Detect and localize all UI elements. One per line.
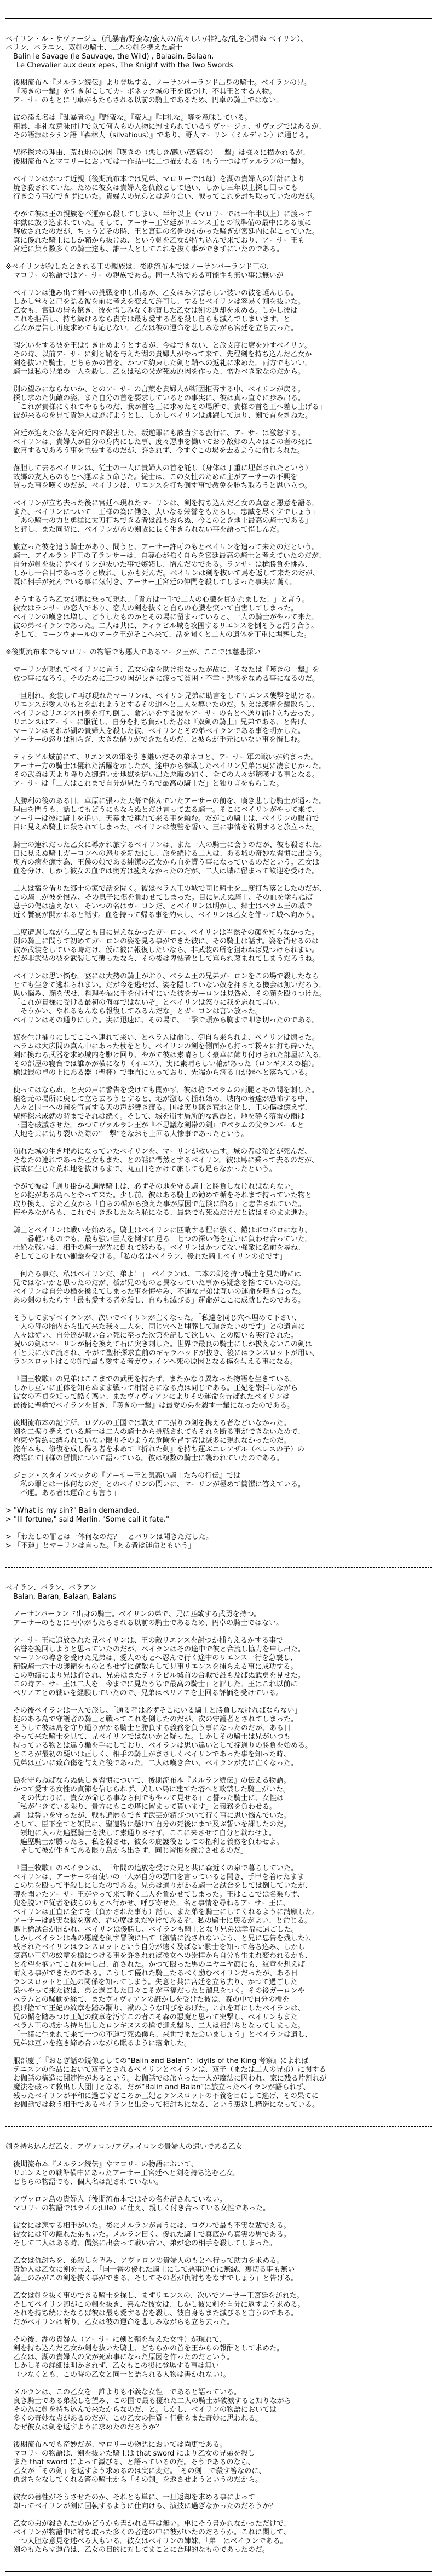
document-content: ベイリン・ル・サヴァージュ（乱暴者/野蛮な/蛮人の/荒々しい/非礼な/礼を心得ぬ… <box>5 35 432 2555</box>
paragraph: 奴を生け捕りにしてここへ連れて来い、とペラムは命じ、御自ら来られよ、ベイリンは煽… <box>5 1034 432 1077</box>
text-line: 騎士は私の兄弟の一人を殺し、乙女は私の父が死ぬ原因を作った、憎むべき敵なのだから… <box>13 368 432 377</box>
text-line: 探し求めた仇敵の姿、また自分の首を要求しているとの事実に、彼は真っ直ぐに歩み出る… <box>13 394 432 403</box>
text-line: 故郷の友人らのもとへ運ぶよう命じた。従士は、この女性のために主がアーサーの不興を <box>13 473 432 482</box>
paragraph: 後期流布本の記す所、ログルの王国では敢えて二振りの剣を携える者などいなかった。剣… <box>5 1419 432 1463</box>
paragraph: その後ベイランは一人で旅し、「通る者は必ずそこにいる騎士と勝負しなければならない… <box>5 1707 432 1768</box>
text-line: 乙女は仇討ちを、弟殺しを望み、アヴァロンの貴婦人のもとへ行って助力を求める。 <box>13 2257 432 2266</box>
text-line: アーサーは「二人はこれまで自分が見たうちで最高の騎士だ」と独り言をもらした。 <box>13 780 432 788</box>
text-line: 乙女の弟が殺されたのかどうかも書かれる事は無い。単にそう書かれなかっただけで、 <box>13 2520 432 2528</box>
text-line: アーサーの怒りは和らぎ、大きな借りができたものだ、と彼らが手元にいない事を惜しむ… <box>13 736 432 745</box>
text-line: 彼の弟ベイランであった。二人は共に、ティラビル城を攻囲するリエンスを倒そうと語り… <box>13 622 432 631</box>
text-line: 馬上槍試合が開かれ、ベイリンは優勝し、ベイランも騎士となり兄弟は幸福に過ごした。 <box>13 1926 432 1934</box>
paragraph: ベイリンは進み出て剣への挑戦を申し出るが、乙女はみすぼらしい装いの彼を軽んじる。… <box>5 289 432 333</box>
section-divider <box>5 1567 432 1568</box>
text-line: 残ったベイリンが平和に過ごすどころか王妃とランスロットの不義を目にして逃げ、その… <box>13 2092 432 2101</box>
text-line: ティラビル城前にて、リエンスの軍を引き継いだその弟ネロと、アーサー軍の戦いが始ま… <box>13 753 432 762</box>
text-line: また that sword によって滅びる、と語っているのだ。そうであるのなら、 <box>13 2458 432 2467</box>
text-line: 人々と国土への罰を宣言する天の声が響き渡る。国は実り無き荒地と化し、王の傷は癒え… <box>13 1104 432 1113</box>
text-line: そして、コーンウォールのマーク王がそこへ来て、話を聞くと二人の遺体を丁重に埋葬し… <box>13 631 432 639</box>
text-line: 使ってはならぬ、と天の声に警告を受けても聞かず、彼は槍でペラムの両腿とその間を刺… <box>13 1086 432 1095</box>
paragraph: 乙女は剣を抜く事のできる騎士を探し、まずリエンスの、次いでアーサー王宮廷を訪れた… <box>5 2292 432 2327</box>
text-line: 耐える事ができたのである。こうして優れた騎士たるべく励むベイリンだったが、ある日 <box>13 1969 432 1978</box>
text-line: この時アーサー王は二人を「今までに見たうちで最高の騎士」と評した。王はこれ以前に <box>13 1680 432 1689</box>
text-line: ベイリンは自分の楯を換えてしまった事を悔やみ、不運な兄弟は互いの運命を嘆き合った… <box>13 1288 432 1296</box>
text-line: 行き会う事ができずにいた。貴婦人の兄弟とは巡り合い、戦ってこれを討ち取っていたの… <box>13 193 432 201</box>
text-line: 兄ではないかと思ったのだが、楯が兄のものと異なっていた事から疑念を捨てていたのだ… <box>13 1279 432 1288</box>
text-line: 「これが貴様にくれてやるものだ、我が首を王に求めたその場所で、貴様の首を王へ差し… <box>13 403 432 412</box>
text-line: 乙女も、宮廷の皆も驚き、彼を惜しみなく称賛した乙女は剣の返却を求める。しかし彼は <box>13 307 432 315</box>
text-line: 魔法を破って救出し大団円となる。だが“Balin and Balan”は旅立った… <box>13 2083 432 2092</box>
text-line: 彼故に生じた荒れ地を抜けるまで、丸五日をかけて旅しても足らなかったという。 <box>13 1165 432 1174</box>
text-line: 奴を生け捕りにしてここへ連れて来い、とペラムは命じ、御自ら来られよ、ベイリンは煽… <box>13 1034 432 1042</box>
text-line: 兄弟は互いを抱き締め合いながら眠るように落命した。 <box>13 2039 432 2048</box>
text-line: ノーサンバーランド出身の騎士。ベイリンの弟で、兄に匹敵する武勇を持つ。 <box>13 1610 432 1619</box>
text-line: 呪いの剣はマーリンが柄を換えて石に突き刺した。世界で最良の騎士にしか扱えないこの… <box>13 1340 432 1349</box>
text-line: 乙女は剣を抜く事のできる騎士を探し、まずリエンスの、次いでアーサー王宮廷を訪れた… <box>13 2292 432 2301</box>
text-line: ※後期流布本でもマロリーの物語でも悪人であるマーク王が、ここでは慈悲深い <box>5 648 432 657</box>
text-line: 後期流布本の記す所、ログルの王国では敢えて二振りの剣を携える者などいなかった。 <box>13 1419 432 1428</box>
heading-name-line: ベイラン、バラン、バラアン <box>5 1584 432 1593</box>
text-line: その時、以前アーサーに剣と鞘を与えた湖の貴婦人がやって来て、先程剣を持ち込んだ乙… <box>13 350 432 359</box>
entry-section: ベイリン・ル・サヴァージュ（乱暴者/野蛮な/蛮人の/荒々しい/非礼な/礼を心得ぬ… <box>5 35 432 1551</box>
text-line: ベイリンはその通りにした。実に迅速に、その場で、一撃で頭から胸まで叩き切ったので… <box>13 1016 432 1025</box>
text-line: 乙女は、湖の貴婦人の父が死ぬ事になった原因を作ったのだという。 <box>13 2353 432 2362</box>
text-line: 息子の傷は癒えない。そいつの名はガーロンだ、とベイリンは明かし、郷士はペラム王の… <box>13 902 432 911</box>
text-line: 却ってベイリンが剣に固執するように仕向ける、演技に過ぎなかったのだろうか？ <box>13 2502 432 2511</box>
text-line: > "What is my sin?" Balin demanded. <box>5 1507 432 1515</box>
text-line: マーリンの導きを受けた兄弟は、愛人のもとへ忍んで行く途中のリエンス一行を急襲し、 <box>13 1654 432 1663</box>
text-line: 人々は従い、自分達が戦い合い死に至った次第を記して欲しい、との願いも実行された。 <box>13 1332 432 1340</box>
text-line: アーサーは誠実な彼を褒め、君の席はまだ空けてあるぞ、私の騎士に戻るがよい、と命じ… <box>13 1917 432 1926</box>
text-line: ペラムは大広間の真ん中にあった杖をとり、ベイリンの剣を側面から打って粉々に打ち砕… <box>13 1042 432 1051</box>
text-line: メルランは、この乙女を「誰よりも不義な女性」であると語っている。 <box>13 2388 432 2397</box>
text-line: 剣に換わる武器を求め城内を駆け回り、やがて彼は素晴らしく豪華に飾り付けられた部屋… <box>13 1051 432 1060</box>
text-line: 剣を抜いた騎士、どちらかの首を、かつて約束した剣と鞘への返礼に求めた。両方でもい… <box>13 359 432 368</box>
paragraph: マーリンが現れてベイリンに言う、乙女の命を助け損なったが故に、そなたは『嘆きの一… <box>5 666 432 683</box>
text-line: 遍歴騎士が勝ったら、私を殺させ、彼女の庇護役としての権利と義務を負わせよ。 <box>13 1838 432 1847</box>
paragraph: 騎士の連れだった乙女に導かれ旅するベイリンは、また一人の騎士に会うのだが、彼も殺… <box>5 841 432 876</box>
paragraph: 後期流布本『メルラン続伝』やマロリーの物語において、リエンスとの戦準備中にあった… <box>5 2160 432 2187</box>
text-line: 三国を破滅させた。かつてヴァルラン王が『不思議な剣帯の剣』でペラムの父ランバール… <box>13 1121 432 1130</box>
text-line: その部屋の寝台では誰かが横になり（イエス）、実に素晴らしい槍があった（ロンギヌス… <box>13 1060 432 1069</box>
text-line: あの剣のもたらす「最も愛する者を殺し、自らも滅びる」運命がここに成就したのである… <box>13 1296 432 1305</box>
text-line: そうしてまずベイランが、次いでベイリンが亡くなった。「私達を同じ穴へ埋めて下さい… <box>13 1314 432 1323</box>
text-line: 残されたベイリンはランスロットという自分が遠く及ばない騎士を知って落ち込み、しか… <box>13 1943 432 1952</box>
text-line: 宮廷に集う数多くの騎士達も、誰一人としてこれを抜く事ができずにいたのである。 <box>13 245 432 254</box>
text-line: 悔やみながらも、これで引き返したなら恥になる、最悪でも死ぬだけだと彼はそのまま進… <box>13 1209 432 1218</box>
text-line: 乙女が忠告し再度求めても応じない。乙女は彼の運命を悲しみながら宮廷を立ち去った。 <box>13 324 432 333</box>
text-line: 崩れた城の生き埋めになっていたベイリンを、マーリンが救い出す。城の者は殆どが死ん… <box>13 1148 432 1156</box>
text-line: ※ベイリンが殺したとされる王の親族は、後期流布本ではノーサンバーランド王の、 <box>5 263 432 272</box>
text-line: 島を守らねばならぬ悪しき習慣について、後期流布本『メルラン続伝』の伝える物語。 <box>13 1777 432 1785</box>
text-line: 彼女には恋する相手がいた。後にメルランが言うには、ログルで最も不実な輩である。 <box>13 2222 432 2231</box>
paragraph: そうするうち乙女が馬に乗って現れ、「貴方は一手で二人の心臓を貫かれました！」と言… <box>5 596 432 639</box>
text-line: アーサー王に追放された兄ベイリンは、王の敵リエンスを討つか捕らえるかする事で <box>13 1636 432 1645</box>
text-line: 名誉を挽回しようと思っていたのだが、ベイランはその途中で彼と合流し協力を申し出た… <box>13 1645 432 1654</box>
text-line: だがベイリンは断り、乙女は彼の運命を悲しみながらも立ち去った。 <box>13 2318 432 2327</box>
paragraph: 宮廷が迎えた客人を宮廷内で殺害した、叛逆罪にも該当する蛮行に、アーサーは激怒する… <box>5 429 432 456</box>
text-line: 「そうかい、やれるもんなら報復してみるんだな」とガーロンは言い放った。 <box>13 1007 432 1016</box>
text-line: 彼女はランサーの恋人であり、恋人の剣を抜くと自らの心臓を突いて自害してしまった。 <box>13 604 432 613</box>
text-line: 別の騎士に問うて初めてガーロンの姿を見る事ができた彼に、その騎士は話す。姿を消せ… <box>13 937 432 946</box>
text-line: 真に優れた騎士にしか鞘から抜けぬ、という剣を乙女が持ち込んで来ており、アーサー王… <box>13 237 432 245</box>
text-line: ベイリンは、貴婦人が自分の身内にした事、度々悪事を働いており故郷の人々はこの者の… <box>13 438 432 447</box>
text-line: 兜を脱いで従者を彼らのもとへ行かせ、呼び寄せた。名と事情を尋ねるアーサー王に、 <box>13 1899 432 1908</box>
text-line: その後、湖の貴婦人（アーサーに剣と鞘を与えた女性）が現れて、 <box>13 2336 432 2344</box>
text-line: 剣を二振り携えている騎士は二人の騎士から挑戦されてもそれを断る事ができないためで… <box>13 1428 432 1437</box>
text-line: マロリーの物語ではアーサーの親族である。同一人物である可能性も無い事は無いが <box>5 272 432 280</box>
text-line: 後期流布本とマロリーにおいては一作品中に二つ描かれる（もう一つはヴァルランの一撃… <box>13 158 432 166</box>
text-line: ベイリンはかつて近親（後期流布本では兄弟、マロリーでは母）を湖の貴婦人の奸計によ… <box>13 175 432 184</box>
text-line: 既に相手が死んでいる事に気付き、アーサー王宮廷の仲間を殺してしまった事実に嘆く。 <box>13 578 432 587</box>
entry-heading: 剣を持ち込んだ乙女、アヴァロン/アヴェイロンの貴婦人の遣いである乙女 <box>5 2143 432 2152</box>
text-line: 大地を共に切り裂いた際の“一撃”をなおも上回る大惨事であったという。 <box>13 1130 432 1139</box>
text-line: 一つ大胆な意見を述べる人もいる。彼女はベイリンの姉妹、「弟」はベイランである。 <box>13 2537 432 2546</box>
paragraph: 島を守らねばならぬ悪しき習慣について、後期流布本『メルラン続伝』の伝える物語。か… <box>5 1777 432 1855</box>
paragraph: やがて彼は「通り掛かる遍歴騎士は、必ずその地を守る騎士と勝負しなければならない」… <box>5 1183 432 1218</box>
entry-section: 剣を持ち込んだ乙女、アヴァロン/アヴェイロンの貴婦人の遣いである乙女後期流布本『… <box>5 2143 432 2555</box>
text-line: 彼が武装をしている時だけ、仮に彼に報復したいなら、非武装の所を狙わねば見つけられ… <box>13 946 432 955</box>
paragraph: 後期流布本でも奇妙だが、マロリーの物語においては尚更である。マロリーの物語は、剣… <box>5 2441 432 2485</box>
text-line: この功績により兄は許され、兄弟はまたティラビル城前の合戦で誰も及ばぬ武勇を見せた… <box>13 1672 432 1680</box>
text-line: そうするうち乙女が馬に乗って現れ、「貴方は一手で二人の心臓を貫かれました！」と言… <box>13 596 432 604</box>
text-line: 『国王牧歌』の兄弟はここまでの武勇を持たず、またかなり異なった物語を生きている。 <box>13 1375 432 1384</box>
text-line: マーリンはそれが湖の貴婦人を殺した彼、ベイリンとその弟ベイランである事を明かした… <box>13 727 432 736</box>
text-line: ペリノアとの戦いを経験していたので、兄弟はペリノアを上回る評価を受けている。 <box>13 1689 432 1698</box>
text-line: お伽話では救う相手であるベイランと出会って相討ちになる、という裏返し構造になって… <box>13 2101 432 2110</box>
text-line: 壮絶な戦いは、相手の騎士が先に倒れて終わる。ベイリンはかつてない強敵に名前を尋ね… <box>13 1244 432 1253</box>
paragraph: 旅立った彼を追う騎士があり、問うと、アーサー許可のもとベイリンを追って来たのだと… <box>5 543 432 587</box>
text-line: ベイリンはリエンス自身を打ち倒し、命乞いをする彼をアーサーのもとへ送り届け立ち去… <box>13 710 432 718</box>
section-divider <box>5 2126 432 2127</box>
text-line: 彼女の善性がそうさせたのか、それとも単に、一旦返却を求める事によって <box>13 2493 432 2502</box>
text-line: マーリンが現れてベイリンに言う、乙女の命を助け損なったが故に、そなたは『嘆きの一… <box>13 666 432 675</box>
text-line: 良き騎士である弟殺しを望み、この国で最も優れた二人の騎士が破滅すると知りながら <box>13 2397 432 2406</box>
text-line: > 「不運」とマーリンは言った。「ある者は運命ともいう」 <box>5 1542 432 1551</box>
text-line: 聖杯探求の理由、荒れ地の原因『嘆きの（悪しき/醜い/苦痛の）一撃』は様々に描かれ… <box>13 149 432 158</box>
heading-name-line: ベイリン・ル・サヴァージュ（乱暴者/野蛮な/蛮人の/荒々しい/非礼な/礼を心得ぬ… <box>5 35 432 44</box>
paragraph: 彼女には恋する相手がいた。後にメルランが言うには、ログルで最も不実な輩である。彼… <box>5 2222 432 2248</box>
text-line: そしてベイリン卿がこの剣を抜き、喜んだ彼女は、しかし彼に剣を自分に返すよう求める… <box>13 2301 432 2309</box>
text-line: 解放されたのだが、ちょうどその時、王と宮廷の名誉のかかった騒ぎが宮廷内に起こって… <box>13 228 432 237</box>
text-line: 彼女には年の離れた弟もいた。メルラン曰く、優れた騎士で真底から真実の男である。 <box>13 2231 432 2239</box>
text-line: 「一緒に生まれて来て一つの不運で死ぬ僕ら、来世でまた会いましょう」とベイランは遺… <box>13 2031 432 2039</box>
text-line: 槍を元の場所に戻して立ち去ろうとすると、地が激しく揺れ始め、城内の者達が恐怖する… <box>13 1095 432 1104</box>
paragraph: 二度遭遇しながら二度とも目に見えなかったガーロン、ベイリンは当然その顔を知らなか… <box>5 929 432 964</box>
paragraph: 二人は宿を借りた郷士の家で話を聞く。彼はペラム王の城で同じ騎士を二度打ち落とした… <box>5 885 432 920</box>
text-line: 槍は銀の卓の上にある器（聖杯）で垂直に立っており、先端から滴る血が器へと落ちてい… <box>13 1069 432 1077</box>
text-line: 奥方の病を癒す為、王侯の娘である純潔の乙女から血を貰う事になっているのだという。… <box>13 858 432 867</box>
text-line: 剣を持ち込んだ乙女か剣を抜いた騎士、どちらかの首を王からの報酬として求めた。 <box>13 2344 432 2353</box>
paragraph: やがて彼は王の親族を不運から殺してしまい、半年以上（マロリーでは一年半以上）に渡… <box>5 210 432 254</box>
text-line: 騎士とベイリンは戦いを始める。騎士はベイリンに匹敵する程に強く、鎧はボロボロにな… <box>13 1226 432 1235</box>
paragraph: 乙女は仇討ちを、弟殺しを望み、アヴァロンの貴婦人のもとへ行って助力を求める。貴婦… <box>5 2257 432 2283</box>
entry-section: ベイラン、バラン、バラアンBalan, Baran, Balaan, Balan… <box>5 1584 432 2110</box>
text-line: 自分が剣を抜けずベイリンが抜いた事で嫉妬し、憎んだのである。ランサーは槍勝負を挑… <box>13 561 432 569</box>
heading-english-line: Balin le Savage (le Sauvage, the Wild) ,… <box>5 53 432 61</box>
paragraph: 使ってはならぬ、と天の声に警告を受けても聞かず、彼は槍でペラムの両腿とその間を刺… <box>5 1086 432 1139</box>
text-line: ベイリンは進み出て剣への挑戦を申し出るが、乙女はみすぼらしい装いの彼を軽んじる。 <box>13 289 432 298</box>
text-line: 「私の罪とは一体何なのだ」とのベイリンの問いに、マーリンが極めて簡潔に答えている… <box>13 1480 432 1489</box>
text-line: > 「わたしの罪とは一体何なのだ？」とバリンは聞きただした。 <box>5 1533 432 1542</box>
text-line: 「その代わりに、貴女が命じる事なら何でもやって見せる」と誓った騎士に、女性は <box>13 1794 432 1803</box>
text-line: > "Ill fortune," said Merlin. "Some call… <box>5 1515 432 1524</box>
text-line: と評し、また同時に、ベイリンがあの剣故に長く生きられない事を語って惜しんだ。 <box>13 526 432 534</box>
text-line: アヴァロン島の貴婦人（後期流布本ではその名を記されていない。 <box>13 2195 432 2204</box>
text-line: 物語にて同様の習慣について語っている。彼は複数の騎士に襲われていたのである。 <box>13 1454 432 1463</box>
text-line: 精鋭騎士六十の護衛をものともせずに蹴散らして見事リエンスを捕らえる事に成功する。 <box>13 1663 432 1672</box>
paragraph: ベイリンはかつて近親（後期流布本では兄弟、マロリーでは母）を湖の貴婦人の奸計によ… <box>5 175 432 201</box>
text-line: 乙女が「その剣」を返すよう求めるのは実に変だ。「その剣」で殺す筈なのに、 <box>13 2467 432 2476</box>
text-line: 別の望みにならないか、とのアーサーの言葉を貴婦人が断固拒否する中、ベイリンが戻る… <box>13 385 432 394</box>
text-line: 彼女の不貞を知って酷く惑い、またヴィヴィアンによりその運命を弄ばれたベイリンは <box>13 1393 432 1402</box>
text-line: 剣のもたらす運命は、乙女の目的に対してまことに合理的なものであったのだ。 <box>13 2546 432 2555</box>
text-line: 騎士のみがこの剣を抜く事ができる、そしてその者が仇討ちをなすでしょう」と告げる。 <box>13 2274 432 2283</box>
text-line: 約束や誓約に縛られていない限りそのような危険を冒す者は滅多に現れなかったのだ。 <box>13 1437 432 1445</box>
heading-english-line: Le Chevalier aux deux epes, The Knight w… <box>5 61 432 70</box>
text-line: 歓喜するであろう事を主張するのだが、許されず、今すぐこの場を去るように命じられた… <box>13 447 432 456</box>
text-line: マロリーの物語ではライル;Lile）に仕え、親しく付き合っている女性であった。 <box>13 2204 432 2213</box>
text-line: 「一番軽いものでも、最も強い巨人を倒すに足る」七つの深い傷を互いに負わせ合ってい… <box>13 1235 432 1244</box>
text-line: しかしベイランは森の悪魔を倒す冒険に出て（激情に流されないよう、と兄に忠告を残し… <box>13 1934 432 1943</box>
text-line: 二人は宿を借りた郷士の家で話を聞く。彼はペラム王の城で同じ騎士を二度打ち落とした… <box>13 885 432 894</box>
text-line: 理由を問うも、話してもどうにもならぬとだけ言って去る騎士。そこにベイリンがやって… <box>13 806 432 815</box>
text-line: 買った事を嘆くのだが、ベイリンは、リエンスを打ち倒す事で赦免を勝ち取ろうと思い立… <box>13 482 432 491</box>
paragraph: 彼の添え名は『乱暴者の』『野蛮な』『蛮人』『非礼な』等を意味している。粗暴、非礼… <box>5 114 432 140</box>
text-line: そして、臣下全てと領民に、聖遺物に懸けて自分の死後にまで及ぶ誓いを課したのだ。 <box>13 1820 432 1829</box>
text-line: だが非武装の彼を武装して襲ったなら、その後は卑怯者として罵られ蔑まれてしまうだろ… <box>13 955 432 964</box>
entry-heading: ベイラン、バラン、バラアンBalan, Baran, Balaan, Balan… <box>5 1584 432 1601</box>
document-page: ベイリン・ル・サヴァージュ（乱暴者/野蛮な/蛮人の/荒々しい/非礼な/礼を心得ぬ… <box>0 18 432 2572</box>
text-line: 仇討ちをなしてくれる筈の騎士から「その剣」を返させようというのだから。 <box>13 2476 432 2485</box>
text-line: 目に見えぬ騎士に殺されてしまった。ベイリンは復讐を誓い、王に事情を説明すると旅立… <box>13 823 432 832</box>
heading-name-line: バリン、バラエン、双剣の騎士、二本の剣を携えた騎士 <box>5 44 432 53</box>
text-line: かつて愛する女性の貞節を信じられず、美しい島に建てた塔へと軟禁した騎士がいた。 <box>13 1785 432 1794</box>
text-line: 放つ事になろう。そのために三つの国が長きに渡って貧困・不幸・悲惨をなめる事になる… <box>13 675 432 683</box>
text-line: 噂を聞いたアーサー王がやって来て軽く二人を負かせてしまった。王はここでは名乗らず… <box>13 1891 432 1899</box>
text-line: 一人の母の胎内から出て来た我々二人を、同じ穴へと埋葬して頂きたいのです」との遺言… <box>13 1323 432 1332</box>
paragraph: 乙女の弟が殺されたのかどうかも書かれる事は無い。単にそう書かれなかっただけで、ベ… <box>5 2520 432 2555</box>
text-line: 石と共に水で流され、やがて聖杯探求直前のギャラハッドが抜き、後にはランスロットが… <box>13 1349 432 1358</box>
text-line: 一旦別れ、変装して再び現れたマーリンは、ベイリン兄弟に助言をしてリエンス襲撃を助… <box>13 692 432 701</box>
quote-block: > 「わたしの罪とは一体何なのだ？」とバリンは聞きただした。> 「不運」とマーリ… <box>5 1533 432 1551</box>
text-line: 騎士の連れだった乙女に導かれ旅するベイリンは、また一人の騎士に会うのだが、彼も殺… <box>13 841 432 850</box>
text-line: 「何たる事だ、私はベイリンだ、弟よ！」 ベイランは、二本の剣を持つ騎士を見た時に… <box>13 1270 432 1279</box>
paragraph: その後、湖の貴婦人（アーサーに剣と鞘を与えた女性）が現れて、剣を持ち込んだ乙女か… <box>5 2336 432 2379</box>
paragraph: 大勝利の後のある日。草原に張った天幕で休んでいたアーサーの前を、嘆き悲しむ騎士が… <box>5 797 432 832</box>
text-line: しかし堂々と己を語る彼を前に考えを変えて許可し、するとベイリンは容易く剣を抜いた… <box>13 298 432 307</box>
text-line: ところが最初の疑いは正しく、相手の騎士がまさしくベイリンであった事を知った時、 <box>13 1750 432 1759</box>
paragraph: 後期流布本『メルラン続伝』より登場する、ノーサンバーランド出身の騎士。ベイランの… <box>5 79 432 105</box>
text-line: マロリーの物語は、剣を抜いた騎士は that sword により乙女の兄弟を殺し <box>13 2450 432 2458</box>
text-line: 投げ捨てて王妃の紋章を踏み躙り、獣のような叫びをあげた。これを耳にしたベイランは… <box>13 2004 432 2013</box>
paragraph: 『国王牧歌』の兄弟はここまでの武勇を持たず、またかなり異なった物語を生きている。… <box>5 1375 432 1410</box>
paragraph: アーサー王に追放された兄ベイリンは、王の敵リエンスを討つか捕らえるかする事で名誉… <box>5 1636 432 1698</box>
top-divider <box>5 18 432 19</box>
paragraph: 落胆して去るベイリンは、従士の一人に貴婦人の首を託し（身体は丁重に埋葬されたとい… <box>5 464 432 491</box>
text-line: 『国王牧歌』のベイランは、三年間の追放を受けた兄と共に森近くの泉で暮らしていた。 <box>13 1864 432 1873</box>
paragraph: 彼女の善性がそうさせたのか、それとも単に、一旦返却を求める事によって却ってベイリ… <box>5 2493 432 2511</box>
text-line: 泉へやって来た彼は、弟と過ごした日々こそが幸福だったと溜息をつく。その後ガーロン… <box>13 1987 432 1996</box>
text-line: ランスロットはこの剣で最も愛する者ガウェインへ死の原因となる傷を与える事になる。 <box>13 1358 432 1367</box>
text-line: 「これが貴様に受ける最初の侮辱ではないぞ」とベイリンは怒りに我を忘れて言い、 <box>13 999 432 1007</box>
paragraph: ノーサンバーランド出身の騎士。ベイリンの弟で、兄に匹敵する武勇を持つ。アーサーの… <box>5 1610 432 1628</box>
text-line: これを拒否し、持ち続けるなら貴方は最も愛する者を殺し自らも滅んでしまいます、と <box>13 315 432 324</box>
text-line: 騎士は誓いを守ったが、戦も遍歴もできず武芸が錆びついて行く事に思い悩んでいた。 <box>13 1812 432 1820</box>
text-line: 後期流布本『メルラン続伝』やマロリーの物語において、 <box>13 2160 432 2169</box>
text-line: 後期流布本『メルラン続伝』より登場する、ノーサンバーランド出身の騎士。ベイランの… <box>13 79 432 88</box>
footnote: ※後期流布本でもマロリーの物語でも悪人であるマーク王が、ここでは慈悲深い <box>5 648 432 657</box>
text-line: ペラム王の城から持ち出したロンギヌスの槍で迎え撃ち、二人は相討ちとなってしまった… <box>13 2022 432 2031</box>
text-line: 聖杯探求成就の時までそれは続く。そして、城を崩す局所的な激震と、地を砕く落雷の雨… <box>13 1113 432 1121</box>
paragraph: ジョン・スタインベックの『アーサー王と気高い騎士たちの行伝』では「私の罪とは一体… <box>5 1472 432 1498</box>
paragraph: そうしてまずベイランが、次いでベイリンが亡くなった。「私達を同じ穴へ埋めて下さい… <box>5 1314 432 1367</box>
text-line: 思い悩み、顔を伏せ、料理や酒に手を付けずにいた彼をガーロンは見咎め、その顔を殴り… <box>13 990 432 999</box>
text-line: 「不運。ある者は運命とも言う」 <box>13 1489 432 1498</box>
text-line: そしてこの上ない衝撃を受ける。「私の名はベイラン、優れた騎士ベイリンの弟です」 <box>13 1253 432 1261</box>
paragraph: 『国王牧歌』のベイランは、三年間の追放を受けた兄と共に森近くの泉で暮らしていた。… <box>5 1864 432 2048</box>
text-line: 多くの奇妙な点があるのだが、この乙女の性質・行動もまた奇妙に思われる。 <box>13 2414 432 2423</box>
text-line: 血を分け、しかし彼女の血では奥方は癒えなかったのだが、二人は城に留まって歓迎を受… <box>13 867 432 876</box>
text-line: その後ベイランは一人で旅し、「通る者は必ずそこにいる騎士と勝負しなければならない… <box>13 1707 432 1715</box>
text-line: 後期流布本でも奇妙だが、マロリーの物語においては尚更である。 <box>13 2441 432 2450</box>
text-line: しかしその詳細は明かされず、乙女もこの後に登場する事は無い <box>13 2362 432 2371</box>
text-line: 最後に聖槍でベイランを貫き、『嘆きの一撃』は最愛の弟を殺す一撃になったのである。 <box>13 1402 432 1410</box>
text-line: 大勝利の後のある日。草原に張った天幕で休んでいたアーサーの前を、嘆き悲しむ騎士が… <box>13 797 432 806</box>
heading-name-line: 剣を持ち込んだ乙女、アヴァロン/アヴェイロンの貴婦人の遣いである乙女 <box>5 2143 432 2152</box>
text-line: 気高い王妃の紋章を楯につける事を許されれば彼女への崇拝から自分も生まれ変われるか… <box>13 1952 432 1961</box>
quote-block: > "What is my sin?" Balin demanded.> "Il… <box>5 1507 432 1524</box>
paragraph: 崩れた城の生き埋めになっていたベイリンを、マーリンが救い出す。城の者は殆どが死ん… <box>5 1148 432 1174</box>
text-line: 落胆して去るベイリンは、従士の一人に貴婦人の首を託し（身体は丁重に埋葬されたとい… <box>13 464 432 473</box>
entry-heading: ベイリン・ル・サヴァージュ（乱暴者/野蛮な/蛮人の/荒々しい/非礼な/礼を心得ぬ… <box>5 35 432 70</box>
paragraph: ベイリンが立ち去った後に宮廷へ現れたマーリンは、剣を持ち込んだ乙女の真意と悪意を… <box>5 499 432 534</box>
text-line: ベイリンの嘆きは増し、どうしたものかとその場に留まっていると、一人の騎士がやって… <box>13 613 432 622</box>
text-line: （少なくとも、この時の乙女と同一と語られる人物は書かれない）。 <box>13 2371 432 2379</box>
text-line: 掟のある島で守護者の騎士と戦ってこれを倒したのだが、次の守護者とされてしまった。 <box>13 1715 432 1724</box>
paragraph: 服部慶子『おとぎ話の鏡像としての“Balin and Balan”：Idylls… <box>5 2057 432 2110</box>
paragraph: アヴァロン島の貴婦人（後期流布本ではその名を記されていない。マロリーの物語ではラ… <box>5 2195 432 2213</box>
footnote: ※ベイリンが殺したとされる王の親族は、後期流布本ではノーサンバーランド王の、マロ… <box>5 263 432 280</box>
text-line: 取り換え、また乙女から「自らの楯から換えた事が原因で危険に陥る」と忠告されていた… <box>13 1200 432 1209</box>
text-line: その為に剣を持ち込んで来たからなのだ、と。しかし、ベイリンの物語においては <box>13 2406 432 2414</box>
text-line: 焼き殺されていた。ために彼女は貴婦人を仇敵として追い、しかし三年以上探し回っても <box>13 184 432 193</box>
text-line: 牢獄に放り込まれていた。そして、アーサー王宮廷がリエンス王との戦準備の最中にある… <box>13 219 432 228</box>
paragraph: ベイリンは思い悩む。宴には大勢の騎士がおり、ペラム王の兄弟ガーロンをこの場で殺し… <box>5 972 432 1025</box>
text-line: お伽話の構造に関連性があるという。お伽話では旅立った一人が魔法に囚われ、家に残る… <box>13 2074 432 2083</box>
text-line: 宮廷が迎えた客人を宮廷内で殺害した、叛逆罪にも該当する蛮行に、アーサーは激怒する… <box>13 429 432 438</box>
text-line: その語源はラテン語『森林人（silvatious）』であり、野人マーリン（ミルデ… <box>13 131 432 140</box>
text-line: やがて彼は王の親族を不運から殺してしまい、半年以上（マロリーでは一年半以上）に渡… <box>13 210 432 219</box>
text-line: と希望を抱いてこれを申し出、許された。かつて殴った男のニヤニヤ顔にも、紋章を想え… <box>13 1961 432 1969</box>
text-line: しかし互いに正体を知らぬまま戦って相討ちになる点は同じである。王妃を崇拝しながら <box>13 1384 432 1393</box>
text-line: リエンスはアーサーに服従し、自分を打ち負かした者は『双剣の騎士』兄弟である、と告… <box>13 718 432 727</box>
paragraph: メルランは、この乙女を「誰よりも不義な女性」であると語っている。良き騎士である弟… <box>5 2388 432 2432</box>
text-line: 彼の添え名は『乱暴者の』『野蛮な』『蛮人』『非礼な』等を意味している。 <box>13 114 432 123</box>
text-line: そなたの連れであった乙女もまた、との話に愕然とするベイリン。彼は馬に乗って去るの… <box>13 1156 432 1165</box>
text-line: 旅立った彼を追う騎士があり、問うと、アーサー許可のもとベイリンを追って来たのだと… <box>13 543 432 552</box>
text-line: 彼が来るのを見て貴婦人は逃げようとし、しかしベイリンは跳躍して迫り、剣で首を刎ね… <box>13 412 432 420</box>
text-line: ベイリンは正直に全てを（負かされた事も）話し、また弟を騎士にしてくれるように請願… <box>13 1908 432 1917</box>
paragraph: 騎士とベイリンは戦いを始める。騎士はベイリンに匹敵する程に強く、鎧はボロボロにな… <box>5 1226 432 1261</box>
text-line: この男を殴って半殺しにしたのである。兄弟は通りがかる騎士と試合をしては倒していた… <box>13 1882 432 1891</box>
text-line: また、ベイリンについて「王様の為に働き、大いなる栄誉をもたらし、忠誠を尽くすでし… <box>13 508 432 517</box>
text-line: ベイリンが物語中に討ち取った多くの者達の中に彼がいたのだろうか。これに関して、 <box>13 2528 432 2537</box>
text-line: やがて彼は「通り掛かる遍歴騎士は、必ずその地を守る騎士と勝負しなければならない」 <box>13 1183 432 1191</box>
paragraph: 一旦別れ、変装して再び現れたマーリンは、ベイリン兄弟に助言をしてリエンス襲撃を助… <box>5 692 432 745</box>
text-line: リエンスが愛人のもとを訪れようとするその道へと二人を導いたのだ。兄弟は護衛を蹴散… <box>13 701 432 710</box>
text-line: ランスロットと王妃の関係を知ってしまう。失意と共に宮廷を立ち去り、かつて過ごした <box>13 1978 432 1987</box>
text-line: 「領地に入った遍歴騎士を決して素通りさせず、ここに来させて自分と戦わせよ。 <box>13 1829 432 1838</box>
text-line: アーサーのもとに円卓がもたらされる以前の騎士であるため、円卓の騎士ではない。 <box>13 96 432 105</box>
paragraph: 「何たる事だ、私はベイリンだ、弟よ！」 ベイランは、二本の剣を持つ騎士を見た時に… <box>5 1270 432 1305</box>
text-line: ベイリンが立ち去った後に宮廷へ現れたマーリンは、剣を持ち込んだ乙女の真意と悪意を… <box>13 499 432 508</box>
text-line: 近く饗宴が開かれると話す。血を持って帰る事を約束し、ベイリンは乙女を伴って城へ向… <box>13 911 432 920</box>
text-line: なぜ彼女は剣を返すように求めたのだろうか？ <box>13 2423 432 2432</box>
bottom-divider <box>5 2571 432 2572</box>
text-line: とても生きて逃れられまい。だが今を逃せば、姿を隠していない奴を押さえる機会は無い… <box>13 981 432 990</box>
text-line: その武勇は天より降りた御遣いか地獄を這い出た悪魔の如く、全ての人々が驚嘆する事と… <box>13 771 432 780</box>
paragraph: 暇乞いをする彼を王は引き止めようとするが、今はできない、と旅支度に席を外すベイリ… <box>5 342 432 377</box>
text-line: 服部慶子『おとぎ話の鏡像としての“Balin and Balan”：Idylls… <box>13 2057 432 2066</box>
text-line: それを持ち続けたならば彼は最も愛する者を殺し、彼自身もまた滅びると言うのである。 <box>13 2309 432 2318</box>
text-line: ペラムとの騒動を経て、またヴィヴィアンの誑かしを受けた彼は、森の中で自分の楯を <box>13 1996 432 2004</box>
text-line: 「私が生きている限り、貴方にもこの塔に留まって貰います」と義務を負わせる。 <box>13 1803 432 1812</box>
text-line: やって来た騎士を見て、兄ベイリンではないかと疑った。しかしその騎士は兄がいつも <box>13 1733 432 1742</box>
text-line: リエンスとの戦準備中にあったアーサー王宮廷へと剣を持ち込む乙女。 <box>13 2169 432 2178</box>
text-line: 兄の楯を踏みつけ王妃の紋章を汚すこの者こそ森の悪魔と思って突撃し、ベイリンもまた <box>13 2013 432 2022</box>
text-line: そして二人はある時、偶然に出会って戦い合い、弟が恋の相手を殺してしまった。 <box>13 2239 432 2248</box>
text-line: そうして彼は島を守り通りがかる騎士と勝負する義務を負う事になったのだが、ある日 <box>13 1724 432 1733</box>
text-line: 二度遭遇しながら二度とも目に見えなかったガーロン、ベイリンは当然その顔を知らなか… <box>13 929 432 937</box>
text-line: 騎士、アイルランド王の子ランサーは、自尊心が強く自らを宮廷最高の騎士と考えていた… <box>13 552 432 561</box>
text-line: しかし一合目であっさりと敗れ、しかも死んだ。ベイリンは剣を抜いて馬を返して来たの… <box>13 569 432 578</box>
paragraph: 聖杯探求の理由、荒れ地の原因『嘆きの（悪しき/醜い/苦痛の）一撃』は様々に描かれ… <box>5 149 432 166</box>
text-line: 流布本も、修復を成し得る者を求めて『折れた剣』を持ち運ぶエレアザル（ペレスの子）… <box>13 1445 432 1454</box>
text-line: 貴婦人は乙女に剣を与え、「国一番の優れた騎士にして悪事逆心に無縁、裏切る事も無い <box>13 2266 432 2274</box>
text-line: 『嘆きの一撃』を引き起こしてカーボネック城の王を傷つけ、不具王とする人物。 <box>13 88 432 96</box>
text-line: アーサーのもとに円卓がもたらされる以前の騎士であるため、円卓の騎士ではない。 <box>13 1619 432 1628</box>
text-line: 持っている物とは違う楯を手にしており、ベイランは思い違いとして掟通りの勝負を始め… <box>13 1742 432 1750</box>
text-line: ジョン・スタインベックの『アーサー王と気高い騎士たちの行伝』では <box>13 1472 432 1480</box>
text-line: どちらの物語でも、個人名は記されていない。 <box>13 2178 432 2187</box>
text-line: 「あの騎士の力と勇猛に太刀打ちできる者は誰もおらぬ、今このとき地上最高の騎士であ… <box>13 517 432 526</box>
heading-english-line: Balan, Baran, Balaan, Balans <box>5 1593 432 1601</box>
text-line: ベイリンは思い悩む。宴には大勢の騎士がおり、ペラム王の兄弟ガーロンをこの場で殺し… <box>13 972 432 981</box>
text-line: 暇乞いをする彼を王は引き止めようとするが、今はできない、と旅支度に席を外すベイリ… <box>13 342 432 350</box>
text-line: 粗暴、非礼な意味付けで以て何人もの人物に冠せられているサヴァージュ、サヴェジでは… <box>13 123 432 131</box>
text-line: ベイリンは、アーサーの召使いの一人が自分の悪口を言っていると聞き、手甲を着けたま… <box>13 1873 432 1882</box>
paragraph: 別の望みにならないか、とのアーサーの言葉を貴婦人が断固拒否する中、ベイリンが戻る… <box>5 385 432 420</box>
text-line: 目に見えぬ騎士ガーロンへの怒りを新たにし、旅を続ける二人は、ある城の奇妙な習慣に… <box>13 850 432 858</box>
paragraph: ティラビル城前にて、リエンスの軍を引き継いだその弟ネロと、アーサー軍の戦いが始ま… <box>5 753 432 788</box>
text-line: テニスンの作品において双子とされるベイリンとベイランは、双子（または二人の兄弟）… <box>13 2066 432 2074</box>
text-line: 兄弟は互いに致命傷を与えた後であった。二人は嘆き合い、ベイランが先に亡くなった。 <box>13 1759 432 1768</box>
text-line: との掟がある島へとやって来た。少し前、彼はある騎士の勧めで楯をそれまで持っていた… <box>13 1191 432 1200</box>
text-line: アーサーは彼に騎士を追い、天幕まで連れて来る事を頼む。だがこの騎士は、ベイリンの… <box>13 815 432 823</box>
text-line: この騎士が彼を恨み、その息子に傷を負わせてしまった。目に見えぬ騎士、その血を塗ら… <box>13 894 432 902</box>
text-line: そして彼が生きてある限り島から出さず、同じ習慣を続けさせるのだ」 <box>13 1847 432 1855</box>
text-line: アーサー方の騎士は優れた活躍を示したが、途中から参戦したベイリン兄弟は更に凄まじ… <box>13 762 432 771</box>
